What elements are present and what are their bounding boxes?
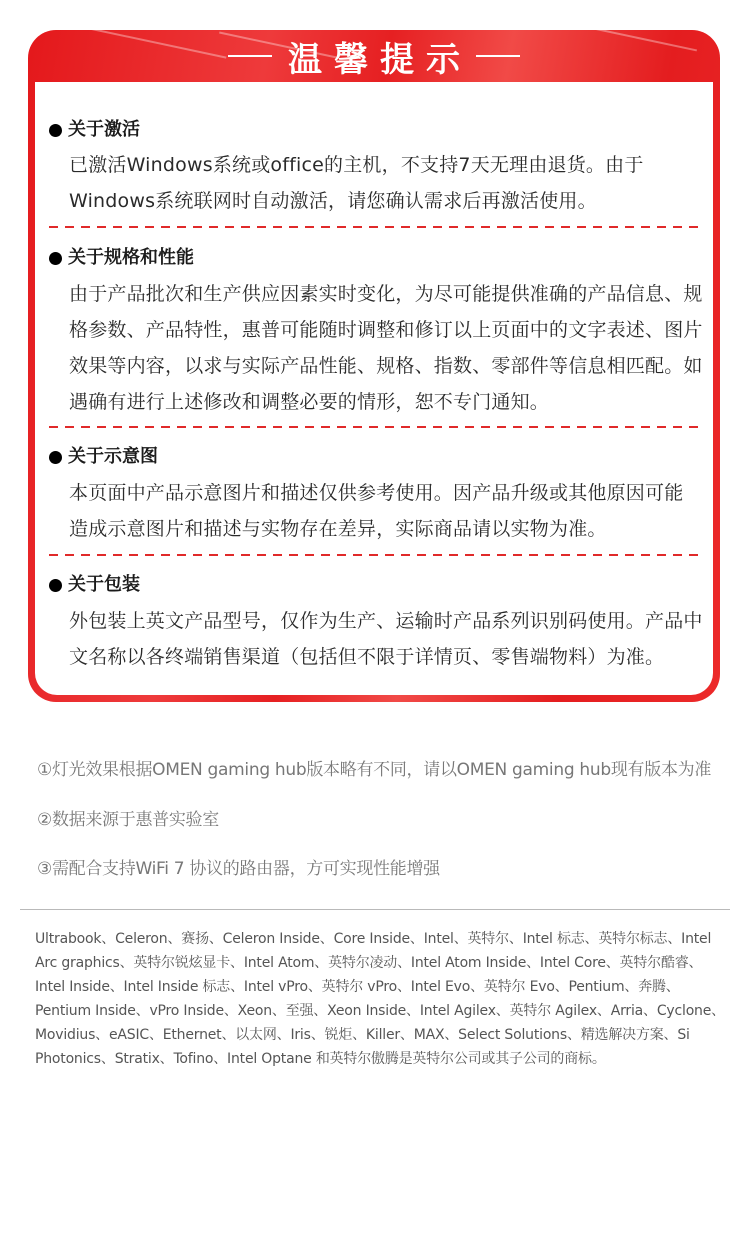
text-line: 造成示意图片和描述与实物存在差异，实际商品请以实物为准。 (69, 511, 709, 547)
footnote-1: ①灯光效果根据OMEN gaming hub版本略有不同，请以OMEN gami… (37, 755, 711, 780)
section-title-text: 关于激活 (68, 118, 140, 142)
section-body: 由于产品批次和生产供应因素实时变化，为尽可能提供准确的产品信息、规 格参数、产品… (69, 276, 709, 420)
card-body: 关于激活 已激活Windows系统或office的主机，不支持7天无理由退货。由… (35, 82, 713, 695)
text-line: Windows系统联网时自动激活，请您确认需求后再激活使用。 (69, 183, 709, 219)
section-title-text: 关于示意图 (68, 445, 158, 469)
card-header: 温馨提示 (28, 30, 720, 82)
section-body: 本页面中产品示意图片和描述仅供参考使用。因产品升级或其他原因可能 造成示意图片和… (69, 475, 709, 547)
decorative-streak (70, 30, 227, 59)
section-title: 关于示意图 (49, 445, 158, 469)
section-title-text: 关于包装 (68, 573, 140, 597)
warm-tips-card: 温馨提示 关于激活 已激活Windows系统或office的主机，不支持7天无理… (28, 30, 720, 702)
text-line: 由于产品批次和生产供应因素实时变化，为尽可能提供准确的产品信息、规 (69, 276, 709, 312)
header-line-right (476, 55, 520, 57)
footnote-3: ③需配合支持WiFi 7 协议的路由器，方可实现性能增强 (37, 854, 440, 879)
dashed-divider (49, 226, 701, 228)
section-title: 关于激活 (49, 118, 140, 142)
bullet-icon (49, 579, 62, 592)
footnote-2: ②数据来源于惠普实验室 (37, 805, 219, 830)
dashed-divider (49, 554, 701, 556)
horizontal-divider (20, 909, 730, 910)
text-line: 外包装上英文产品型号，仅作为生产、运输时产品系列识别码使用。产品中 (69, 603, 709, 639)
section-body: 外包装上英文产品型号，仅作为生产、运输时产品系列识别码使用。产品中 文名称以各终… (69, 603, 709, 675)
bullet-icon (49, 124, 62, 137)
bullet-icon (49, 451, 62, 464)
header-line-left (228, 55, 272, 57)
text-line: 文名称以各终端销售渠道（包括但不限于详情页、零售端物料）为准。 (69, 639, 709, 675)
text-line: 已激活Windows系统或office的主机，不支持7天无理由退货。由于 (69, 147, 709, 183)
text-line: 格参数、产品特性，惠普可能随时调整和修订以上页面中的文字表述、图片 (69, 312, 709, 348)
section-body: 已激活Windows系统或office的主机，不支持7天无理由退货。由于 Win… (69, 147, 709, 219)
text-line: 本页面中产品示意图片和描述仅供参考使用。因产品升级或其他原因可能 (69, 475, 709, 511)
trademark-notice: Ultrabook、Celeron、赛扬、Celeron Inside、Core… (35, 927, 725, 1071)
text-line: 效果等内容，以求与实际产品性能、规格、指数、零部件等信息相匹配。如 (69, 348, 709, 384)
decorative-streak (589, 30, 697, 51)
text-line: 遇确有进行上述修改和调整必要的情形，恕不专门通知。 (69, 384, 709, 420)
bullet-icon (49, 252, 62, 265)
section-title-text: 关于规格和性能 (68, 246, 194, 270)
section-title: 关于规格和性能 (49, 246, 194, 270)
section-title: 关于包装 (49, 573, 140, 597)
dashed-divider (49, 426, 701, 428)
card-title: 温馨提示 (288, 32, 472, 81)
